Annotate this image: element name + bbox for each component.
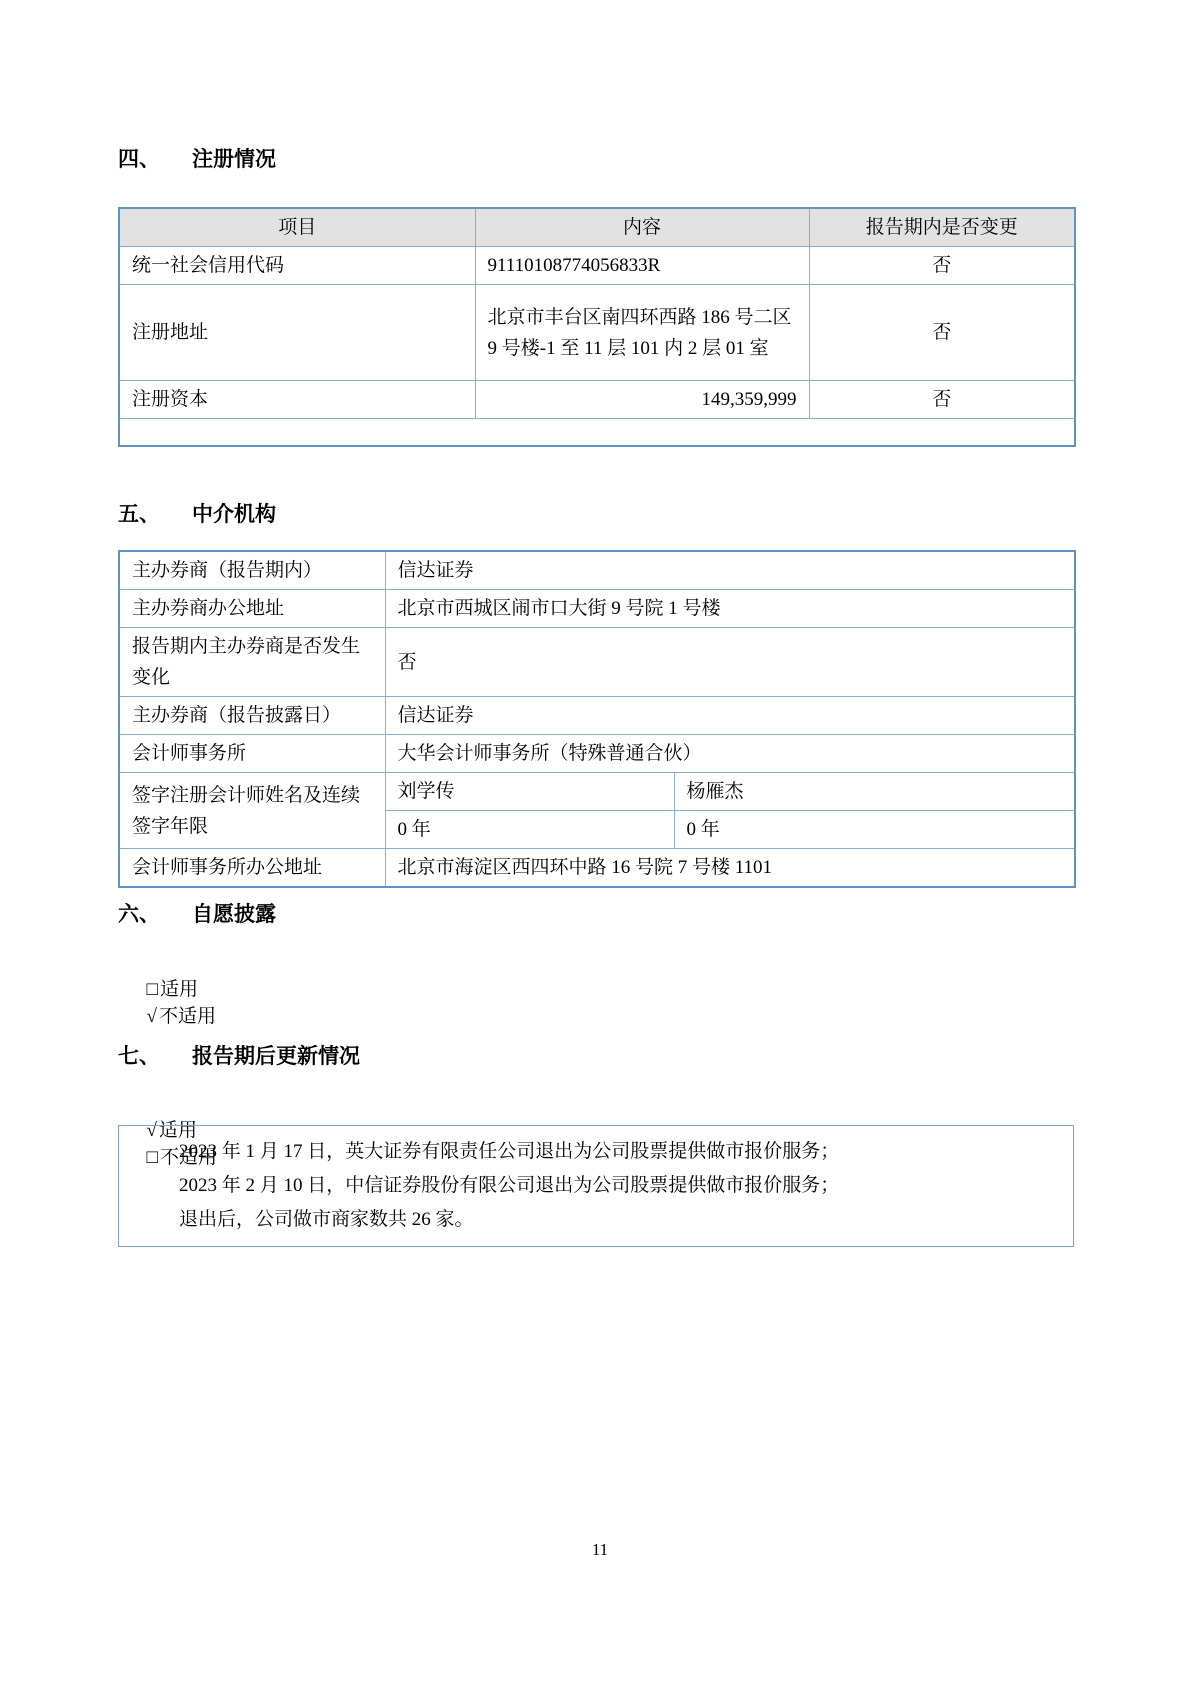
accountant-years: 0 年: [385, 811, 674, 849]
row-content-value: 91110108774056833R: [475, 247, 809, 285]
checkbox-unchecked-icon: □: [147, 979, 158, 1000]
row-item-label: 注册资本: [119, 381, 475, 419]
row-value: 大华会计师事务所（特殊普通合伙）: [385, 735, 1075, 773]
table-row-accountants: 签字注册会计师姓名及连续签字年限 刘学传 杨雁杰: [119, 773, 1075, 811]
row-value: 否: [385, 628, 1075, 697]
page-number: 11: [0, 1540, 1200, 1560]
section5-title: 中介机构: [192, 498, 276, 528]
document-page: 四、 注册情况 项目 内容 报告期内是否变更 统一社会信用代码 91110108…: [0, 0, 1200, 1695]
row-label: 主办券商（报告期内）: [119, 551, 385, 590]
table-row: 注册地址 北京市丰台区南四环西路 186 号二区 9 号楼-1 至 11 层 1…: [119, 285, 1075, 381]
post-period-update-box: 2023 年 1 月 17 日，英大证券有限责任公司退出为公司股票提供做市报价服…: [118, 1125, 1074, 1247]
registration-table: 项目 内容 报告期内是否变更 统一社会信用代码 9111010877405683…: [118, 207, 1076, 447]
row-label: 主办券商（报告披露日）: [119, 697, 385, 735]
option-applicable: □适用: [147, 979, 199, 1000]
row-label: 会计师事务所: [119, 735, 385, 773]
header-changed: 报告期内是否变更: [809, 208, 1075, 247]
accountant-years: 0 年: [674, 811, 1075, 849]
row-item-label: 注册地址: [119, 285, 475, 381]
header-item: 项目: [119, 208, 475, 247]
row-item-label: 统一社会信用代码: [119, 247, 475, 285]
row-changed-value: 否: [809, 285, 1075, 381]
section4-title: 注册情况: [192, 143, 276, 173]
update-line: 2023 年 1 月 17 日，英大证券有限责任公司退出为公司股票提供做市报价服…: [179, 1135, 1053, 1169]
table-row: 主办券商办公地址 北京市西城区闹市口大街 9 号院 1 号楼: [119, 590, 1075, 628]
option-label: 适用: [160, 979, 198, 1000]
section6-number: 六、: [118, 898, 192, 928]
section5-number: 五、: [118, 498, 192, 528]
section7-number: 七、: [118, 1040, 192, 1070]
table-row: 注册资本 149,359,999 否: [119, 381, 1075, 419]
row-value: 信达证券: [385, 697, 1075, 735]
section5-heading: 五、 中介机构: [118, 498, 276, 528]
section7-title: 报告期后更新情况: [192, 1040, 360, 1070]
registration-table-header-row: 项目 内容 报告期内是否变更: [119, 208, 1075, 247]
intermediaries-table: 主办券商（报告期内） 信达证券 主办券商办公地址 北京市西城区闹市口大街 9 号…: [118, 550, 1076, 888]
table-row: 会计师事务所 大华会计师事务所（特殊普通合伙）: [119, 735, 1075, 773]
row-label: 签字注册会计师姓名及连续签字年限: [119, 773, 385, 849]
section6-heading: 六、 自愿披露: [118, 898, 276, 928]
section6-title: 自愿披露: [192, 898, 276, 928]
row-label: 会计师事务所办公地址: [119, 849, 385, 888]
row-value: 北京市海淀区西四环中路 16 号院 7 号楼 1101: [385, 849, 1075, 888]
option-not-applicable: √不适用: [147, 1006, 216, 1027]
row-value: 北京市西城区闹市口大街 9 号院 1 号楼: [385, 590, 1075, 628]
row-content-value: 149,359,999: [475, 381, 809, 419]
section7-heading: 七、 报告期后更新情况: [118, 1040, 360, 1070]
update-line: 2023 年 2 月 10 日，中信证券股份有限公司退出为公司股票提供做市报价服…: [179, 1169, 1053, 1203]
checkmark-icon: √: [147, 1006, 157, 1027]
row-value: 信达证券: [385, 551, 1075, 590]
option-label: 不适用: [159, 1006, 216, 1027]
row-label: 报告期内主办券商是否发生变化: [119, 628, 385, 697]
row-label: 主办券商办公地址: [119, 590, 385, 628]
table-row: 统一社会信用代码 91110108774056833R 否: [119, 247, 1075, 285]
row-changed-value: 否: [809, 381, 1075, 419]
empty-cell: [119, 419, 1075, 446]
row-content-value: 北京市丰台区南四环西路 186 号二区 9 号楼-1 至 11 层 101 内 …: [475, 285, 809, 381]
accountant-name: 杨雁杰: [674, 773, 1075, 811]
table-row: 会计师事务所办公地址 北京市海淀区西四环中路 16 号院 7 号楼 1101: [119, 849, 1075, 888]
accountant-name: 刘学传: [385, 773, 674, 811]
section4-heading: 四、 注册情况: [118, 143, 276, 173]
update-line: 退出后，公司做市商家数共 26 家。: [179, 1203, 1053, 1237]
table-empty-row: [119, 419, 1075, 446]
table-row: 报告期内主办券商是否发生变化 否: [119, 628, 1075, 697]
section6-applicability: □适用 √不适用: [118, 952, 230, 1050]
header-content: 内容: [475, 208, 809, 247]
table-row: 主办券商（报告披露日） 信达证券: [119, 697, 1075, 735]
section4-number: 四、: [118, 143, 192, 173]
table-row: 主办券商（报告期内） 信达证券: [119, 551, 1075, 590]
row-changed-value: 否: [809, 247, 1075, 285]
